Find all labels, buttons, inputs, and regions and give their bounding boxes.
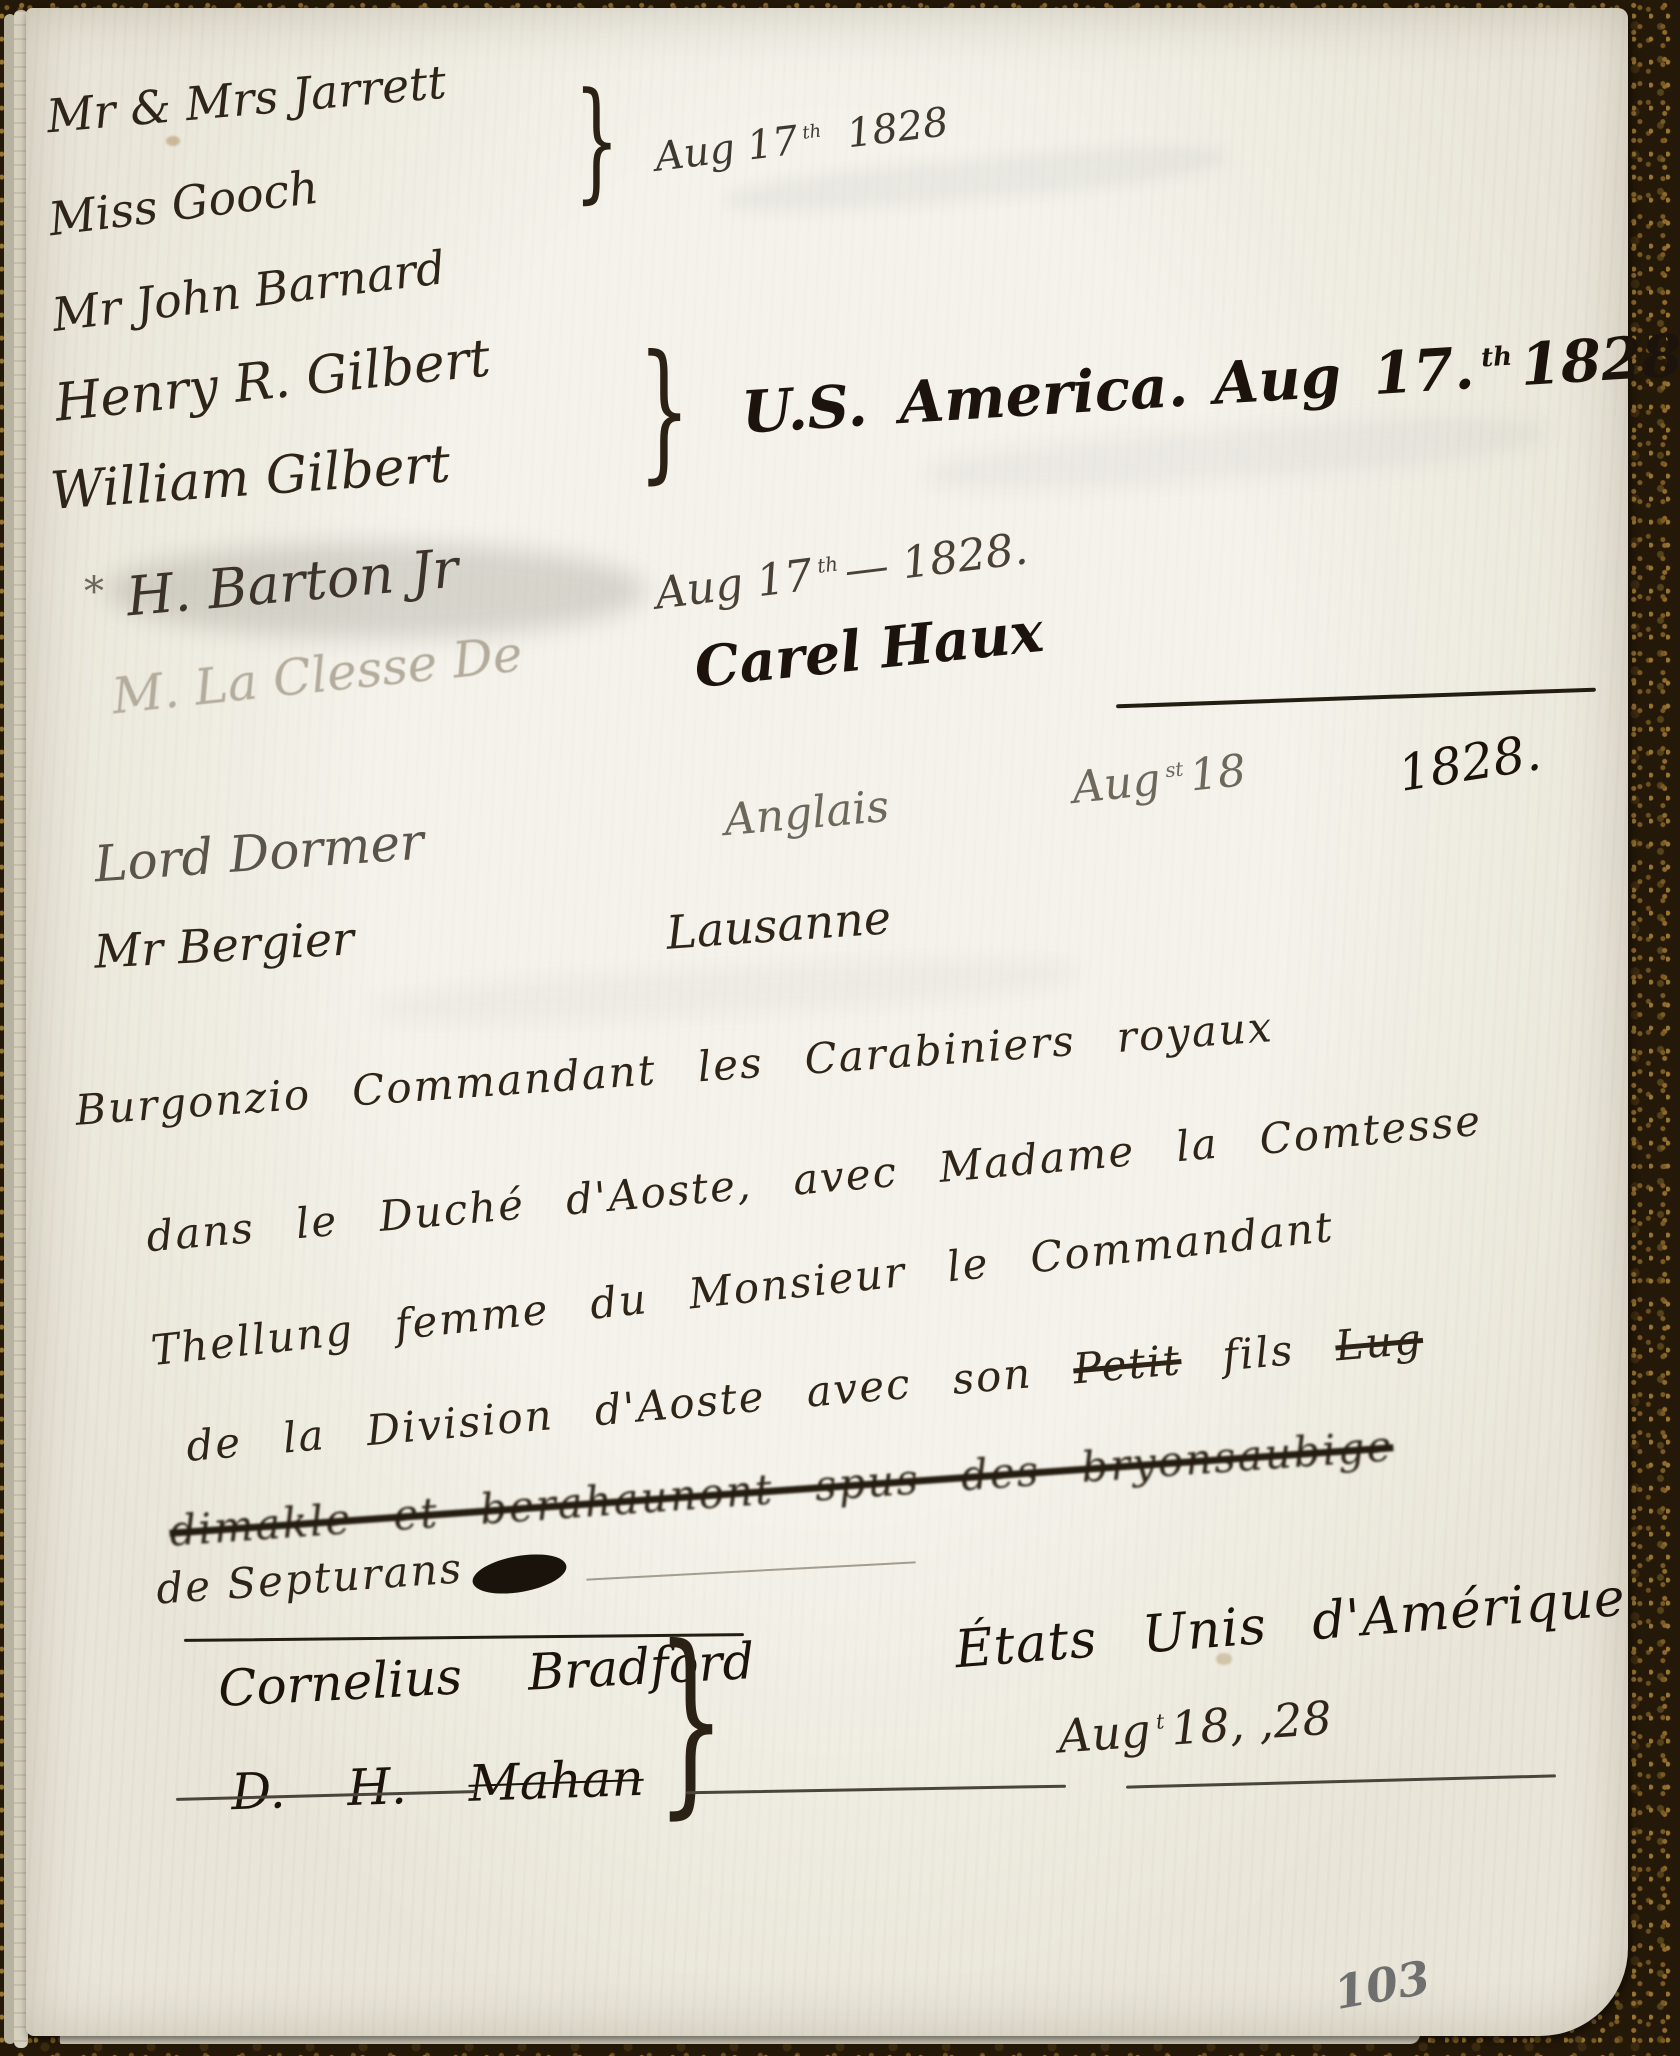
date-dormer-day: 18 (1187, 745, 1248, 802)
date-barton-year: — 1828. (842, 523, 1031, 596)
date-dormer-pencil: Augst18 (1070, 747, 1248, 813)
date-barton-day: Aug 17 (652, 550, 815, 620)
date-bradford-sup: t (1155, 1710, 1165, 1735)
faint-pencil-stroke (586, 1561, 916, 1580)
burgonzio-line-4-text: de la Division d'Aoste avec son (184, 1348, 1034, 1471)
mahan-surname: Mahan (467, 1749, 644, 1813)
haux-flourish-stroke (1116, 688, 1596, 709)
curly-brace-group1: } (574, 72, 619, 209)
date-dormer-month: Aug (1070, 754, 1163, 814)
burgonzio-line-6: de Septurans (155, 1545, 465, 1613)
us-america-ordinal: th (1480, 341, 1513, 374)
place-lausanne: Lausanne (665, 892, 893, 958)
place-etats-unis: États Unis d'Amérique (953, 1570, 1628, 1680)
date-group1-year: 1828 (844, 99, 951, 157)
date-group1-ordinal: th (801, 120, 822, 143)
us-america-day: Aug 17. (1211, 334, 1475, 418)
date-group1-day: Aug 17 (652, 118, 800, 181)
signature-carel-haux: Carel Haux (692, 602, 1047, 700)
ink-blot (470, 1548, 570, 1600)
date-dormer-year: 1828. (1395, 725, 1545, 802)
mahan-initials: D. H. (230, 1757, 408, 1821)
signature-jarrett: Mr & Mrs Jarrett (45, 57, 449, 142)
barton-star-mark: * (84, 570, 104, 614)
album-page: Mr & Mrs Jarrett Miss Gooch Mr John Barn… (26, 8, 1628, 2036)
struck-out-word: Petit (1071, 1335, 1183, 1393)
date-group1: Aug 17th1828 (652, 100, 950, 180)
closing-dash-2 (686, 1785, 1066, 1795)
date-barton-ordinal: th (816, 553, 839, 578)
burgonzio-line-4-fils: fils (1220, 1325, 1296, 1380)
signature-bergier: Mr Bergier (93, 913, 355, 977)
struck-out-word-2: Lug (1333, 1314, 1425, 1370)
faded-entry-clesse-de: M. La Clesse De (109, 627, 525, 725)
signature-william-gilbert: William Gilbert (48, 436, 452, 521)
signature-barton: H. Barton Jr (124, 539, 461, 627)
signature-gooch: Miss Gooch (46, 162, 321, 245)
page-number: 103 (1330, 1952, 1433, 2019)
signature-mahan: D. H. Mahan (230, 1751, 644, 1820)
us-america-entry: U.S. America.Aug 17.th1828 (740, 324, 1680, 445)
us-america-year: 1828 (1518, 321, 1680, 399)
note-anglais: Anglais (722, 783, 891, 846)
date-bradford: Augt18, ,28 (1057, 1693, 1334, 1763)
scanned-album-page-photo: { "colors": { "ink": "#2e2518", "ink_str… (0, 0, 1680, 2056)
bleed-through-ghost-3 (375, 950, 1076, 1033)
paper-stain (166, 136, 180, 146)
signature-henry-gilbert: Henry R. Gilbert (52, 330, 493, 433)
date-bradford-month: Aug (1056, 1703, 1152, 1763)
closing-dash-3 (1126, 1774, 1556, 1788)
date-bradford-day-year: 18, ,28 (1169, 1691, 1333, 1756)
us-america-place: U.S. America. (740, 352, 1190, 447)
date-dormer-sup: st (1164, 758, 1184, 783)
curly-brace-group2: } (638, 333, 690, 491)
signature-barnard: Mr John Barnard (49, 242, 448, 340)
signature-lord-dormer: Lord Dormer (92, 815, 425, 893)
curly-brace-group3: } (656, 1616, 726, 1826)
burgonzio-line-1: Burgonzio Commandant les Carabiniers roy… (74, 1004, 1275, 1134)
